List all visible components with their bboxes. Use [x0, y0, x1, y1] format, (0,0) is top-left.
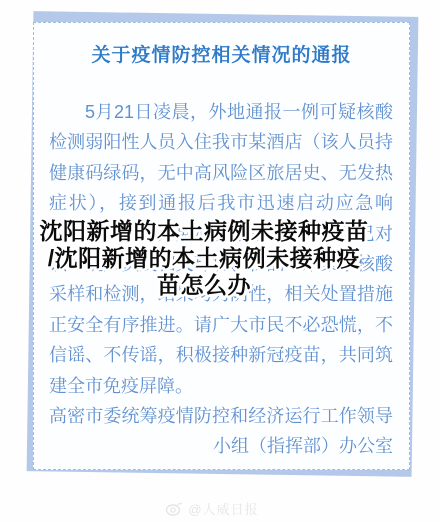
weibo-eye-icon [165, 501, 183, 516]
watermark: @人威日报 [0, 499, 432, 518]
notice-body-line: 5月21日凌晨，外地通报一例可疑核酸 [49, 97, 393, 127]
overlay-caption-line: 苗怎么办 [0, 272, 424, 299]
notice-title: 关于疫情防控相关情况的通报 [44, 40, 399, 67]
notice-body-line: 症状），接到通报后我市迅速启动应急响 [49, 188, 393, 218]
notice-signature-line: 小组（指挥部）办公室 [49, 431, 393, 461]
notice-body-line: 高密市委统筹疫情防控和经济运行工作领导 [49, 401, 393, 431]
overlay-caption-line: 沈阳新增的本土病例未接种疫苗 [0, 218, 424, 245]
notice-body-line: 正安全有序推进。请广大市民不必恐慌，不 [49, 310, 393, 340]
notice-body-line: 建全市免疫屏障。 [49, 371, 393, 401]
overlay-caption-line: /沈阳新增的本土病例未接种疫 [0, 245, 424, 272]
notice-body-line: 健康码绿码，无中高风险区旅居史、无发热 [49, 158, 393, 188]
overlay-caption: 沈阳新增的本土病例未接种疫苗 /沈阳新增的本土病例未接种疫 苗怎么办 [0, 218, 424, 299]
watermark-text: @人威日报 [188, 499, 258, 518]
notice-body-line: 检测弱阳性人员入住我市某酒店（该人员持 [49, 127, 393, 157]
notice-image: 关于疫情防控相关情况的通报 5月21日凌晨，外地通报一例可疑核酸 检测弱阳性人员… [0, 0, 440, 522]
notice-body-line: 信谣、不传谣，积极接种新冠疫苗，共同筑 [49, 340, 393, 370]
